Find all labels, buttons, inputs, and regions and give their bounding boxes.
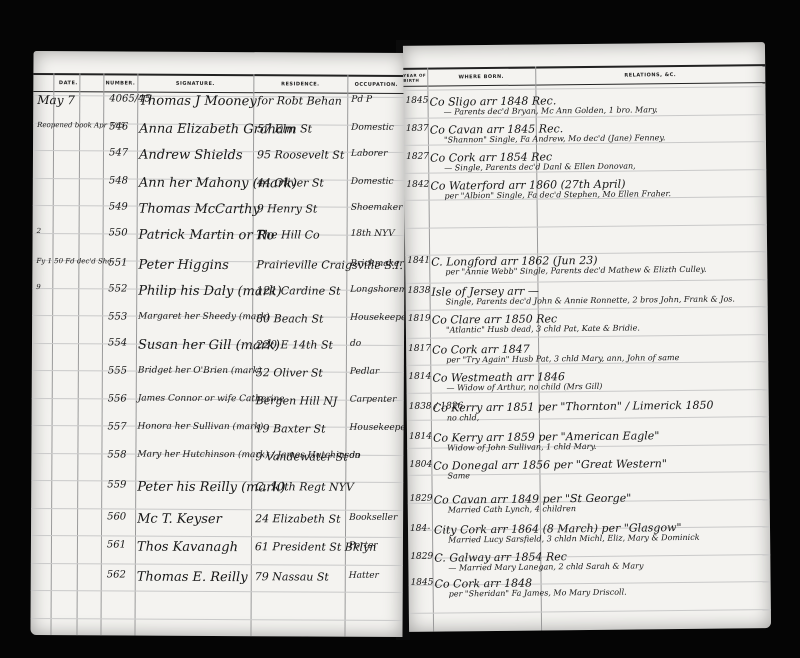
header-occupation: Occupation. — [347, 77, 405, 93]
entry-number: 559 — [107, 479, 126, 490]
entry-relations: Married Lucy Sarsfield, 3 chldn Michl, E… — [448, 533, 700, 545]
header-number: Number. — [103, 75, 137, 91]
entry-residence: 9 Henry St — [257, 202, 318, 215]
entry-residence: 95 Roosevelt St — [257, 148, 344, 161]
left-ledger-page: Date. Number. Signature. Residence. Occu… — [30, 51, 405, 637]
entry-number: 558 — [107, 449, 126, 460]
entry-year-born: 1845 — [411, 578, 434, 588]
ledger-entry-right: 1842Co Waterford arr 1860 (27th April)pe… — [404, 176, 766, 214]
entry-number: 546 — [109, 121, 128, 132]
entry-occupation: Laborer — [351, 149, 388, 159]
entry-residence: The Hill Co — [257, 228, 320, 241]
entry-occupation: Longshoreman — [350, 285, 405, 295]
entry-year-born: 1829 — [410, 494, 433, 504]
header-date: Date. — [33, 75, 103, 91]
entry-occupation: Pd P — [351, 95, 372, 105]
header-year-born: Year of Birth — [403, 70, 427, 86]
entry-relations: per "Try Again" Husb Pat, 3 chld Mary, a… — [446, 353, 679, 364]
entry-relations: per "Albion" Single, Fa dec'd Stephen, M… — [444, 189, 671, 200]
entry-relations: "Shannon" Single, Fa Andrew, Mo dec'd (J… — [444, 133, 666, 144]
entry-number: 560 — [107, 511, 126, 522]
entry-occupation: Hatter — [349, 571, 379, 581]
entry-year-born: 1841 — [407, 256, 430, 266]
ledger-entry-left: 559Peter his Reilly (mark)C. 10th Regt N… — [31, 479, 403, 515]
row-rule — [405, 224, 767, 229]
entry-year-born: 184- — [410, 524, 430, 534]
entry-date: May 7 — [37, 93, 75, 107]
entry-signature: Thomas J Mooney — [139, 94, 257, 110]
entry-signature: Margaret her Sheedy (mark) — [138, 312, 269, 323]
entry-relations: — Single, Parents dec'd Danl & Ellen Don… — [444, 161, 636, 172]
entry-number: 556 — [108, 393, 127, 404]
entry-number: 552 — [108, 283, 127, 294]
entry-relations: Widow of John Sullivan, 1 chld Mary. — [447, 442, 596, 453]
entry-date-note: 2 — [37, 227, 42, 235]
entry-residence: 121 Cardine St — [256, 284, 340, 297]
entry-year-born: 1829 — [410, 552, 433, 562]
entry-occupation: Domestic — [351, 123, 394, 133]
left-rows: May 74065/45Thomas J Mooneyfor Robt Beha… — [34, 51, 406, 53]
right-ledger-page: Year of Birth Where Born. Relations, &c.… — [403, 42, 771, 632]
entry-signature: Honora her Sullivan (mark) — [138, 422, 264, 433]
entry-relations: Single, Parents dec'd John & Annie Ronne… — [446, 294, 735, 306]
entry-relations: — Parents dec'd Bryan, Mc Ann Golden, 1 … — [444, 105, 658, 116]
entry-occupation: Brickmaker — [350, 259, 403, 269]
entry-year-born: 1814 — [408, 372, 431, 382]
entry-year-born: 1819 — [408, 314, 431, 324]
entry-residence: 80 Beach St — [256, 312, 323, 325]
entry-number: 555 — [108, 365, 127, 376]
entry-number: 549 — [109, 201, 128, 212]
entry-residence: for Robt Behan — [257, 94, 342, 107]
ledger-entry-left: 562Thomas E. Reilly79 Nassau StHatter — [31, 569, 403, 605]
entry-year-born: 1838 — [407, 286, 430, 296]
entry-signature: Andrew Shields — [139, 148, 243, 164]
entry-occupation: Carpenter — [350, 395, 397, 405]
left-header-row: Date. Number. Signature. Residence. Occu… — [33, 73, 405, 94]
header-where-born: Where Born. — [427, 69, 535, 86]
entry-occupation: do — [350, 339, 361, 349]
ledger-entry-right: 1845Co Cork arr 1848per "Sheridan" Fa Ja… — [409, 574, 771, 612]
entry-occupation: Housekeeper — [350, 423, 406, 433]
right-rows: 1845Co Sligo arr 1848 Rec.— Parents dec'… — [403, 42, 765, 46]
entry-number: 553 — [108, 311, 127, 322]
entry-residence: Bergen Hill NJ — [256, 394, 338, 407]
entry-relations: "Atlantic" Husb dead, 3 chld Pat, Kate &… — [446, 323, 640, 334]
entry-signature: Thomas McCarthy — [139, 202, 260, 218]
entry-signature: Peter Higgins — [138, 258, 229, 273]
entry-occupation: Pedlar — [350, 367, 379, 377]
entry-occupation: Domestic — [351, 177, 394, 187]
entry-date-note: 9 — [36, 283, 41, 291]
entry-relations: — Married Mary Lanegan, 2 chld Sarah & M… — [448, 561, 643, 572]
entry-residence: 220 E 14th St — [256, 338, 333, 351]
entry-residence: 44 Oliver St — [257, 176, 324, 189]
header-residence: Residence. — [253, 76, 347, 92]
entry-year-born: 1837 — [406, 124, 429, 134]
entry-residence: C. 10th Regt NYV — [255, 480, 354, 494]
right-header-row: Year of Birth Where Born. Relations, &c. — [403, 64, 765, 87]
entry-occupation: 18th NYV — [351, 229, 395, 239]
entry-year-born: 1817 — [408, 344, 431, 354]
entry-relations: per "Annie Webb" Single, Parents dec'd M… — [445, 265, 706, 277]
entry-number: 548 — [109, 175, 128, 186]
header-relations: Relations, &c. — [535, 66, 765, 84]
header-signature: Signature. — [137, 76, 253, 93]
entry-occupation: Shoemaker — [351, 203, 403, 213]
entry-relations: per "Sheridan" Fa James, Mo Mary Driscol… — [449, 588, 627, 599]
entry-signature: Thos Kavanagh — [137, 540, 238, 556]
entry-number: 561 — [107, 539, 126, 550]
entry-number: 547 — [109, 147, 128, 158]
entry-relations: Married Cath Lynch, 4 children — [448, 504, 576, 514]
entry-year-born: 1845 — [405, 96, 428, 106]
entry-residence: 57 Elm St — [257, 122, 312, 135]
entry-signature: Thomas E. Reilly — [137, 570, 248, 586]
entry-number: 550 — [109, 227, 128, 238]
entry-relations: Same — [447, 471, 470, 480]
entry-number: 551 — [108, 257, 127, 268]
entry-residence: 9 Vandewater St — [255, 450, 347, 463]
entry-date-note: Fy 1 50 Fd dec'd Sho — [36, 257, 111, 265]
ledger-entry-right: 1804Co Donegal arr 1856 per "Great Weste… — [407, 456, 769, 494]
entry-occupation: Porter — [349, 541, 378, 551]
entry-residence: 19 Baxter St — [256, 422, 326, 435]
entry-relations: no chld, — [447, 413, 479, 422]
entry-year-born: 1842 — [406, 180, 429, 190]
entry-year-born: 1814 — [409, 432, 432, 442]
row-rule — [31, 618, 403, 621]
entry-year-born: 1804 — [409, 460, 432, 470]
entry-occupation: Bookseller — [349, 513, 397, 523]
entry-residence: 79 Nassau St — [255, 570, 329, 583]
entry-occupation: do — [349, 451, 360, 461]
entry-number: 562 — [107, 569, 126, 580]
entry-residence: 24 Elizabeth St — [255, 512, 340, 525]
entry-signature: Mc T. Keyser — [137, 512, 222, 527]
entry-occupation: Housekeeper — [350, 313, 405, 323]
entry-relations: — Widow of Arthur, no child (Mrs Gill) — [446, 382, 602, 393]
entry-residence: 52 Oliver St — [256, 366, 323, 379]
row-rule — [403, 86, 765, 91]
entry-number: 557 — [108, 421, 127, 432]
entry-signature: Bridget her O'Brien (mark) — [138, 366, 262, 377]
entry-signature: Patrick Martin or Ro — [139, 228, 275, 244]
entry-number: 554 — [108, 337, 127, 348]
entry-year-born: 1827 — [406, 152, 429, 162]
